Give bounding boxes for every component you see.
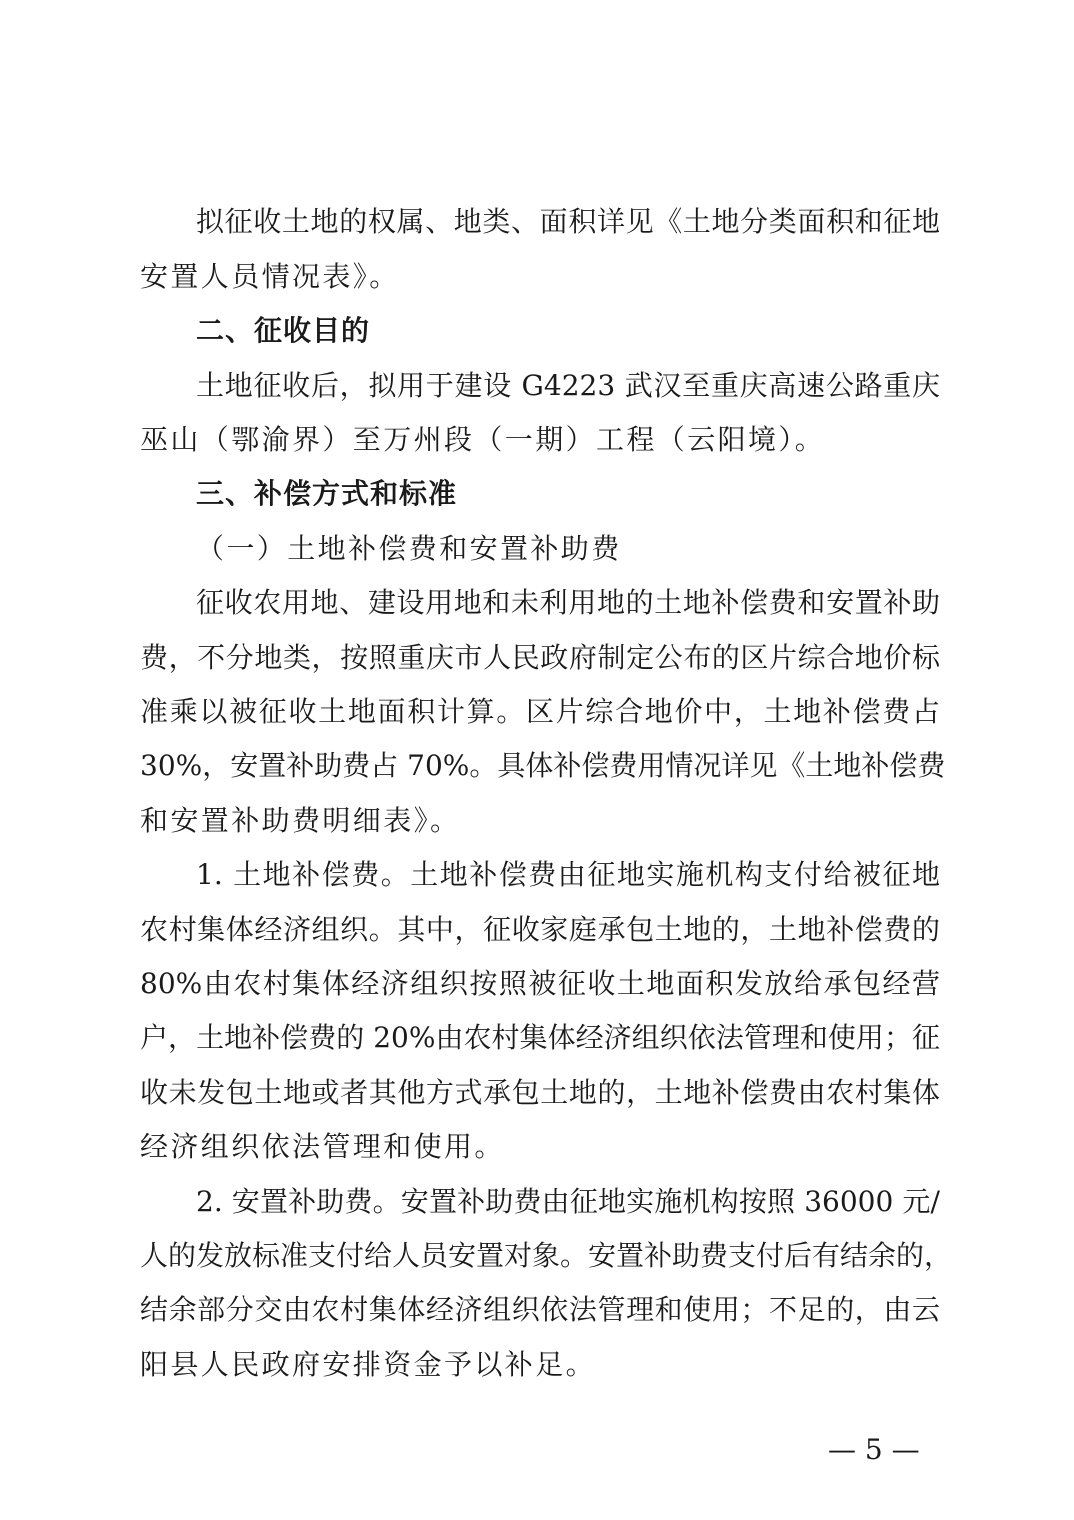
paragraph-item2-line-4: 阳县人民政府安排资金予以补足。 xyxy=(140,1347,940,1383)
paragraph-item1-line-3: 80%由农村集体经济组织按照被征收土地面积发放给承包经营 xyxy=(140,966,940,1002)
paragraph-item1-line-1: 1. 土地补偿费。土地补偿费由征地实施机构支付给被征地 xyxy=(196,857,940,893)
paragraph-fees-line-1: 征收农用地、建设用地和未利用地的土地补偿费和安置补助 xyxy=(196,585,940,621)
section-heading-compensation: 三、补偿方式和标准 xyxy=(196,476,940,512)
page-number: — 5 — xyxy=(828,1432,920,1468)
paragraph-item1-line-5: 收未发包土地或者其他方式承包土地的，土地补偿费由农村集体 xyxy=(140,1075,940,1111)
paragraph-item1-line-4: 户，土地补偿费的 20%由农村集体经济组织依法管理和使用；征 xyxy=(140,1020,940,1056)
paragraph-fees-line-4: 30%，安置补助费占 70%。具体补偿费用情况详见《土地补偿费 xyxy=(140,748,940,784)
document-page: 拟征收土地的权属、地类、面积详见《土地分类面积和征地 安置人员情况表》。 二、征… xyxy=(0,0,1074,1520)
paragraph-item2-line-2: 人的发放标准支付给人员安置对象。安置补助费支付后有结余的， xyxy=(140,1238,940,1274)
paragraph-land-ownership-line-1: 拟征收土地的权属、地类、面积详见《土地分类面积和征地 xyxy=(196,204,940,240)
paragraph-fees-line-3: 准乘以被征收土地面积计算。区片综合地价中，土地补偿费占 xyxy=(140,694,940,730)
paragraph-item2-line-3: 结余部分交由农村集体经济组织依法管理和使用；不足的，由云 xyxy=(140,1292,940,1328)
paragraph-item1-line-6: 经济组织依法管理和使用。 xyxy=(140,1129,940,1165)
paragraph-purpose-line-2: 巫山（鄂渝界）至万州段（一期）工程（云阳境）。 xyxy=(140,422,940,458)
paragraph-land-ownership-line-2: 安置人员情况表》。 xyxy=(140,259,940,295)
paragraph-item1-line-2: 农村集体经济组织。其中，征收家庭承包土地的，土地补偿费的 xyxy=(140,912,940,948)
paragraph-purpose-line-1: 土地征收后，拟用于建设 G4223 武汉至重庆高速公路重庆 xyxy=(196,368,940,404)
paragraph-fees-line-5: 和安置补助费明细表》。 xyxy=(140,803,940,839)
subsection-heading-land-compensation: （一）土地补偿费和安置补助费 xyxy=(196,531,940,567)
paragraph-fees-line-2: 费，不分地类，按照重庆市人民政府制定公布的区片综合地价标 xyxy=(140,640,940,676)
paragraph-item2-line-1: 2. 安置补助费。安置补助费由征地实施机构按照 36000 元/ xyxy=(196,1184,940,1220)
section-heading-purpose: 二、征收目的 xyxy=(196,313,940,349)
